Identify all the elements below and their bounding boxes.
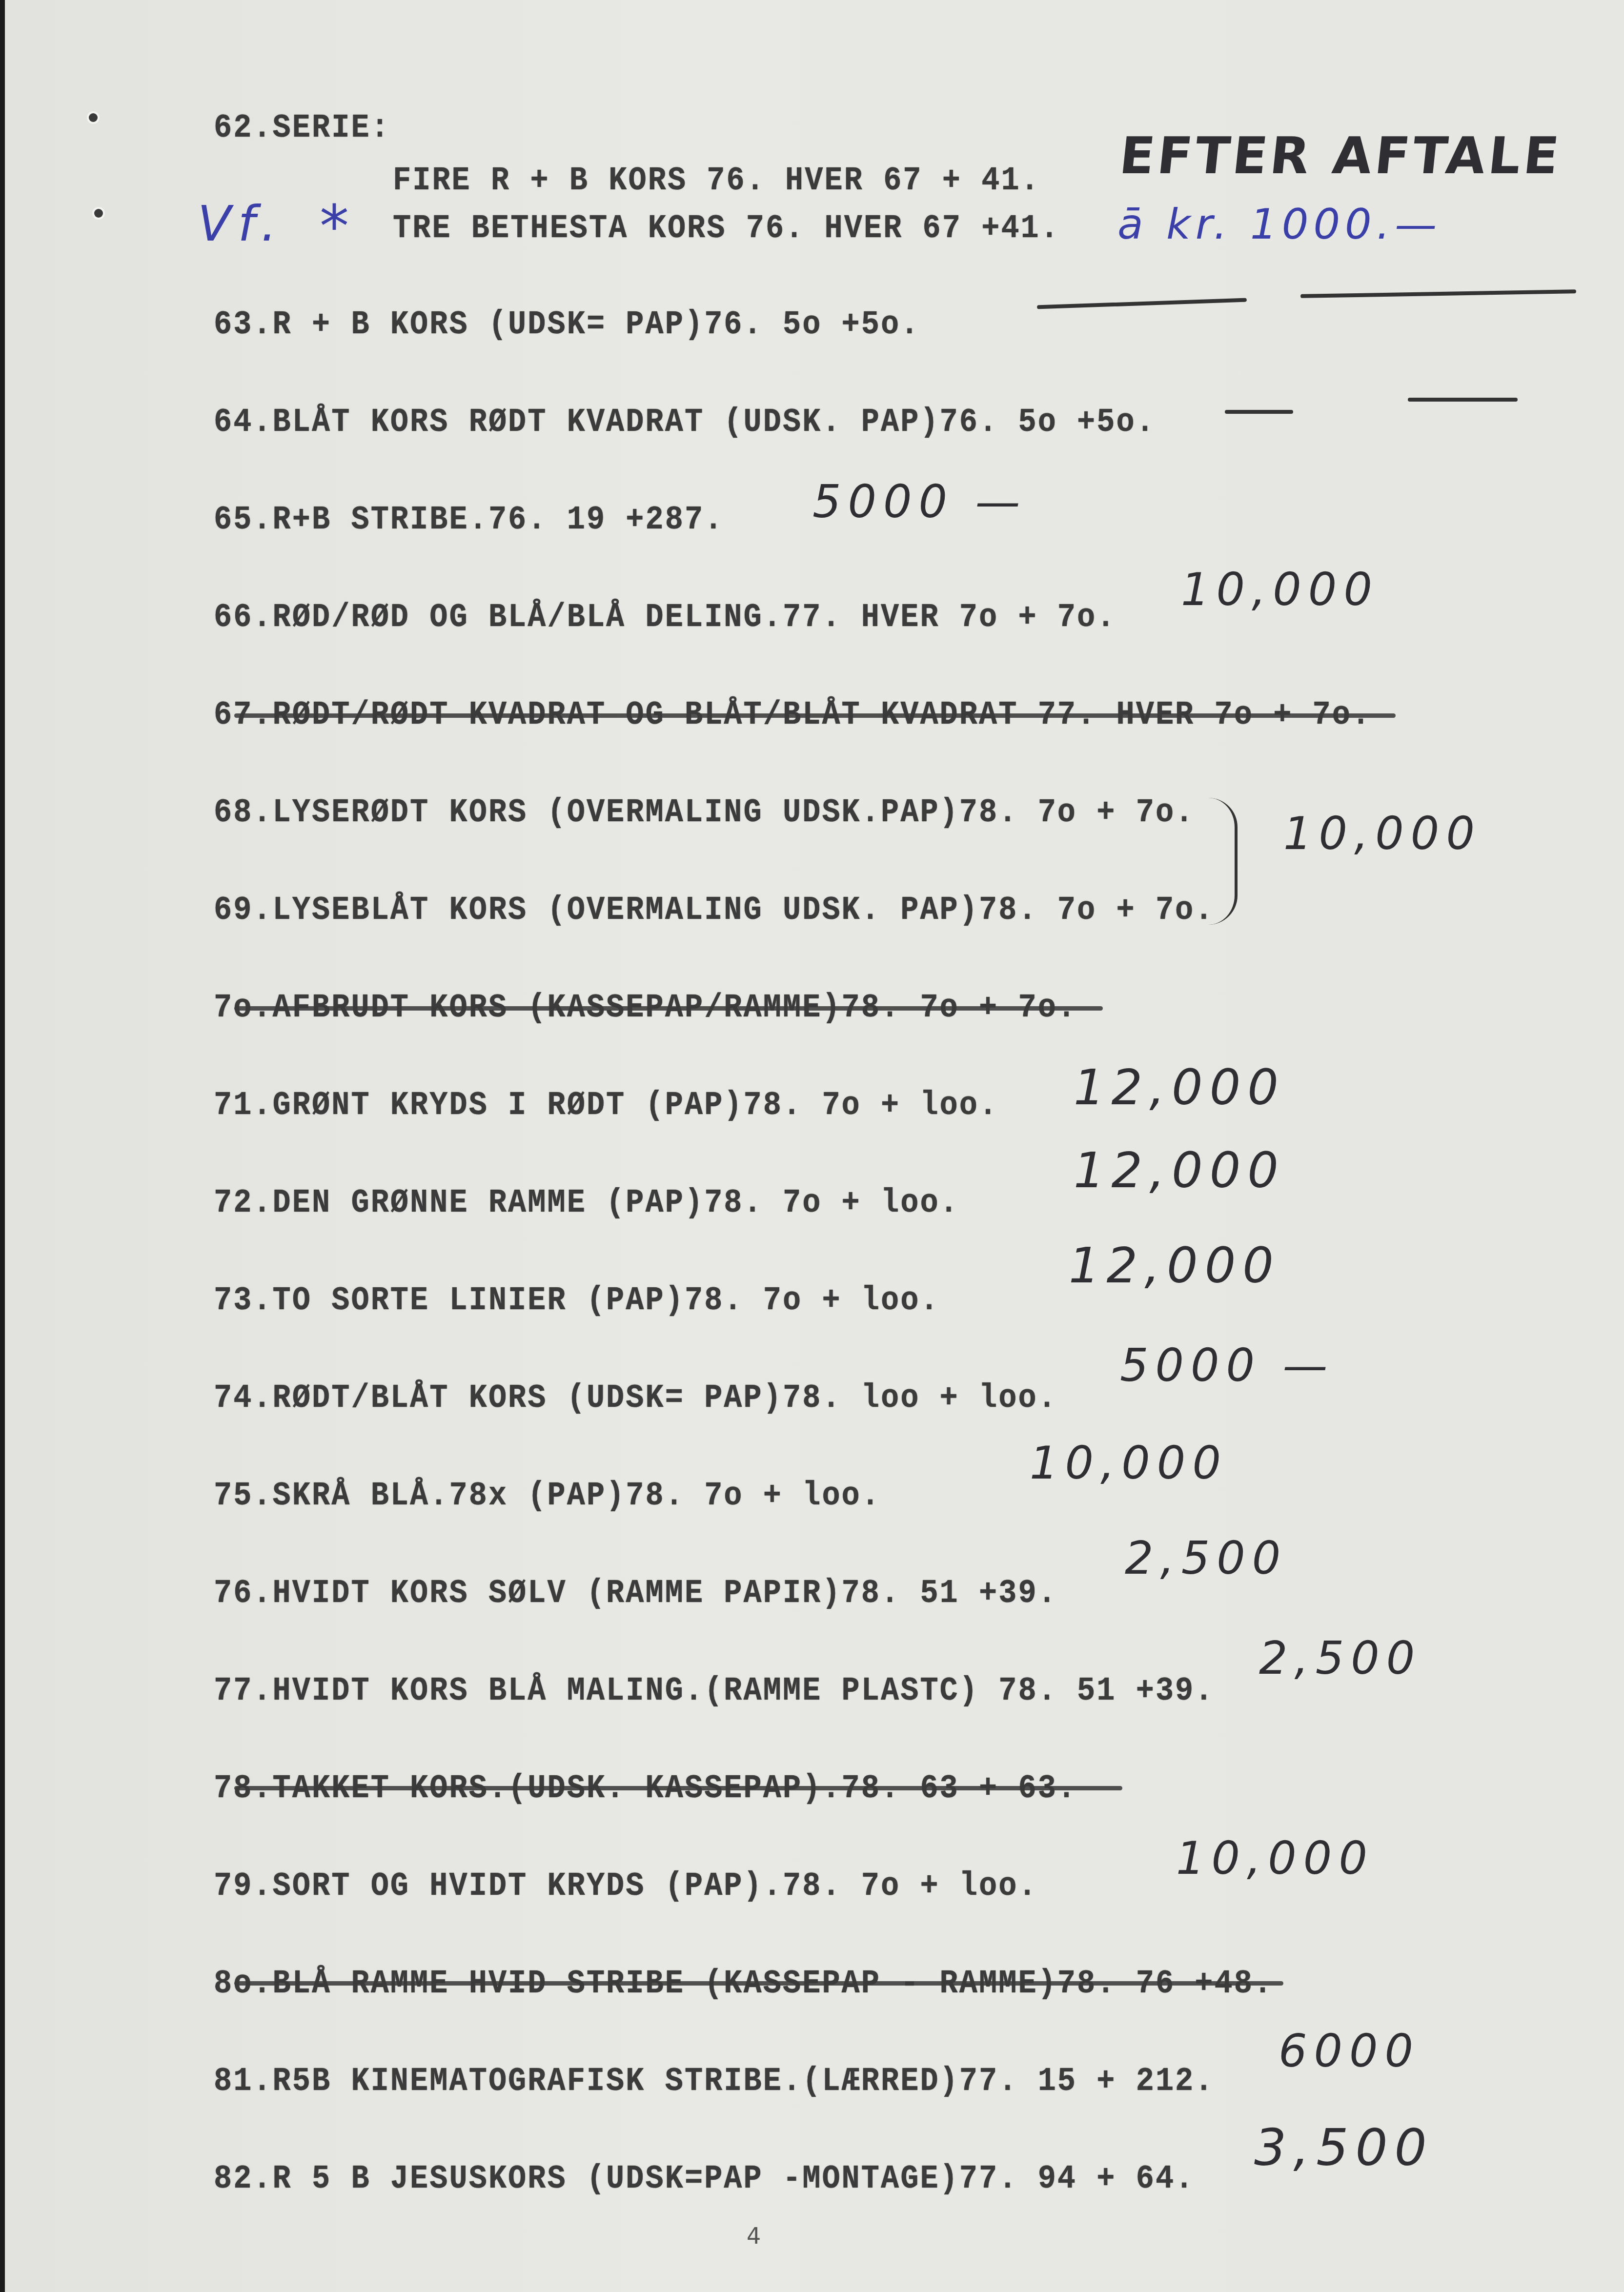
handwritten-price: 6000	[1279, 2025, 1420, 2077]
handwritten-price: 10,000	[1176, 1832, 1374, 1885]
page-marker: 4	[747, 2223, 761, 2249]
entry-77: 77.HVIDT KORS BLÅ MALING.(RAMME PLASTC) …	[214, 1671, 1215, 1710]
entry-63: 63.R + B KORS (UDSK= PAP)76. 5o +5o.	[214, 305, 920, 344]
handwritten-price: 12,000	[1074, 1059, 1285, 1116]
entry-81: 81.R5B KINEMATOGRAFISK STRIBE.(LÆRRED)77…	[214, 2062, 1215, 2101]
entry-76: 76.HVIDT KORS SØLV (RAMME PAPIR)78. 51 +…	[214, 1574, 1057, 1613]
scan-edge	[0, 0, 5, 2292]
entry-75: 75.SKRÅ BLÅ.78x (PAP)78. 7o + loo.	[214, 1476, 881, 1515]
annotation-price-each: ā kr. 1000.—	[1117, 200, 1441, 249]
series-header: 62.SERIE:	[214, 108, 390, 147]
handwritten-price: 10,000	[1181, 564, 1379, 616]
dash-mark	[1225, 410, 1293, 414]
dash-mark	[1408, 398, 1518, 402]
handwritten-price: 5000 —	[812, 476, 1027, 528]
strikethrough-line	[234, 713, 1396, 718]
entry-69: 69.LYSEBLÅT KORS (OVERMALING UDSK. PAP)7…	[214, 891, 1215, 930]
series-sub-item: TRE BETHESTA KORS 76. HVER 67 +41.	[393, 209, 1060, 248]
entry-72: 72.DEN GRØNNE RAMME (PAP)78. 7o + loo.	[214, 1183, 959, 1222]
handwritten-price: 5000 —	[1120, 1339, 1334, 1392]
entry-82: 82.R 5 B JESUSKORS (UDSK=PAP -MONTAGE)77…	[214, 2159, 1195, 2198]
entry-74: 74.RØDT/BLÅT KORS (UDSK= PAP)78. loo + l…	[214, 1379, 1057, 1418]
handwritten-price: 10,000	[1030, 1437, 1228, 1489]
strikethrough-line	[234, 1786, 1122, 1790]
entry-79: 79.SORT OG HVIDT KRYDS (PAP).78. 7o + lo…	[214, 1866, 1038, 1906]
dash-mark	[1300, 289, 1576, 298]
entry-66: 66.RØD/RØD OG BLÅ/BLÅ DELING.77. HVER 7o…	[214, 598, 1116, 637]
bracket-mark	[1200, 798, 1238, 925]
handwritten-price: 2,500	[1125, 1532, 1287, 1584]
handwritten-price: 12,000	[1074, 1142, 1285, 1199]
entry-73: 73.TO SORTE LINIER (PAP)78. 7o + loo.	[214, 1281, 940, 1320]
handwritten-price: 3,500	[1254, 2118, 1434, 2177]
typed-document-page: 62.SERIE: FIRE R + B KORS 76. HVER 67 + …	[5, 0, 1624, 2292]
handwritten-price: 12,000	[1069, 1237, 1280, 1294]
entry-71: 71.GRØNT KRYDS I RØDT (PAP)78. 7o + loo.	[214, 1086, 998, 1125]
entry-65: 65.R+B STRIBE.76. 19 +287.	[214, 500, 724, 539]
strikethrough-line	[234, 1981, 1283, 1986]
handwritten-price-bracket: 10,000	[1283, 808, 1482, 860]
annotation-efter-aftale: EFTER AFTALE	[1117, 126, 1564, 185]
strikethrough-line	[234, 1006, 1103, 1011]
entry-64: 64.BLÅT KORS RØDT KVADRAT (UDSK. PAP)76.…	[214, 403, 1156, 442]
asterisk-icon: *	[320, 193, 356, 261]
punch-hole	[89, 113, 98, 122]
margin-note: Vf.	[198, 195, 284, 252]
series-sub-item: FIRE R + B KORS 76. HVER 67 + 41.	[393, 161, 1040, 200]
punch-hole	[94, 209, 103, 218]
dash-mark	[1037, 298, 1247, 309]
handwritten-price: 2,500	[1259, 1632, 1421, 1684]
entry-68: 68.LYSERØDT KORS (OVERMALING UDSK.PAP)78…	[214, 793, 1195, 832]
